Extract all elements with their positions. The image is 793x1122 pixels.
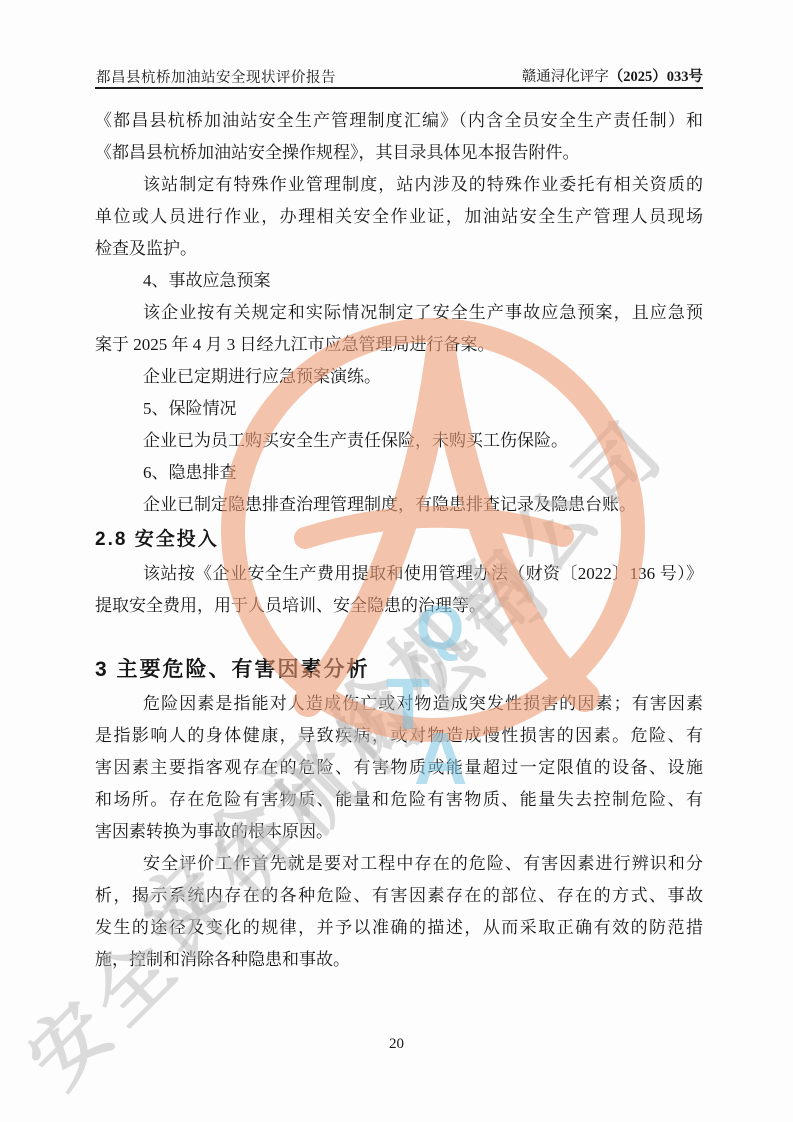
text-line: 害因素主要指客观存在的危险、有害物质或能量超过一定限值的设备、设施 xyxy=(95,752,703,784)
text-line: 该站制定有特殊作业管理制度，站内涉及的特殊作业委托有相关资质的 xyxy=(95,169,703,201)
text-line: 安全评价工作首先就是要对工程中存在的危险、有害因素进行辨识和分 xyxy=(95,848,703,880)
text-line: 4、事故应急预案 xyxy=(95,265,703,297)
text-line: 5、保险情况 xyxy=(95,393,703,425)
section-heading: 2.8 安全投入 xyxy=(95,527,703,553)
text-line: 企业已为员工购买安全生产责任保险，未购买工伤保险。 xyxy=(95,425,703,457)
text-line: 《都昌县杭桥加油站安全操作规程》，其目录具体见本报告附件。 xyxy=(95,137,703,169)
text-line: 《都昌县杭桥加油站安全生产管理制度汇编》（内含全员安全生产责任制）和 xyxy=(95,105,703,137)
text-line: 案于 2025 年 4 月 3 日经九江市应急管理局进行备案。 xyxy=(95,329,703,361)
text-line: 析，揭示系统内存在的各种危险、有害因素存在的部位、存在的方式、事故 xyxy=(95,880,703,912)
document-page: { "page": { "header": { "left_title": "都… xyxy=(0,0,793,1122)
text-line: 该站按《企业安全生产费用提取和使用管理办法（财资〔2022〕136 号）》 xyxy=(95,558,703,590)
text-line: 企业已定期进行应急预案演练。 xyxy=(95,361,703,393)
text-line: 该企业按有关规定和实际情况制定了安全生产事故应急预案，且应急预 xyxy=(95,297,703,329)
text-line: 害因素转换为事故的根本原因。 xyxy=(95,816,703,848)
content: 《都昌县杭桥加油站安全生产管理制度汇编》（内含全员安全生产责任制）和《都昌县杭桥… xyxy=(95,105,703,976)
header-doc-number: 赣通浔化评字（2025）033号 xyxy=(522,65,703,86)
text-line: 6、隐患排查 xyxy=(95,457,703,489)
page-number: 20 xyxy=(0,1036,793,1053)
text-line: 是指影响人的身体健康，导致疾病，或对物造成慢性损害的因素。危险、有 xyxy=(95,720,703,752)
section-heading: 3 主要危险、有害因素分析 xyxy=(95,655,703,685)
header-doc-number-value: （2025）033号 xyxy=(609,69,703,85)
text-line: 企业已制定隐患排查治理管理制度，有隐患排查记录及隐患台账。 xyxy=(95,489,703,521)
text-line: 单位或人员进行作业，办理相关安全作业证，加油站安全生产管理人员现场 xyxy=(95,201,703,233)
header-doc-number-prefix: 赣通浔化评字 xyxy=(522,69,609,85)
text-line: 危险因素是指能对人造成伤亡或对物造成突发性损害的因素；有害因素 xyxy=(95,688,703,720)
text-line: 检查及监护。 xyxy=(95,233,703,265)
text-line: 发生的途径及变化的规律，并予以准确的描述，从而采取正确有效的防范措 xyxy=(95,912,703,944)
text-line: 施，控制和消除各种隐患和事故。 xyxy=(95,944,703,976)
header-left-title: 都昌县杭桥加油站安全现状评价报告 xyxy=(96,66,336,87)
text-line: 和场所。存在危险有害物质、能量和危险有害物质、能量失去控制危险、有 xyxy=(95,784,703,816)
text-line: 提取安全费用，用于人员培训、安全隐患的治理等。 xyxy=(95,590,703,622)
header-rule xyxy=(95,87,703,89)
